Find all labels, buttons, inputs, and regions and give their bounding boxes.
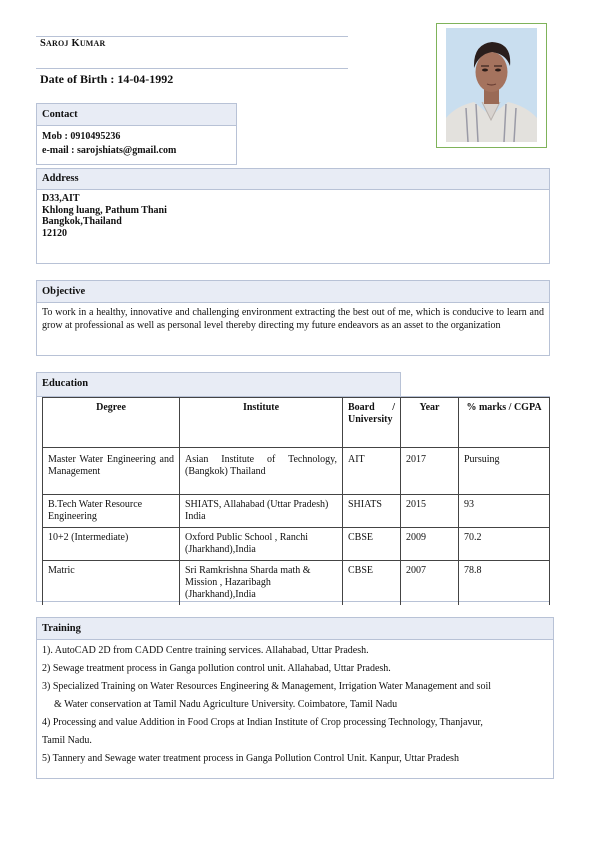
year-cell: 2007 bbox=[401, 561, 459, 606]
candidate-name: SAROJ KUMAR bbox=[40, 38, 106, 49]
degree-cell: Master Water Engineering and Management bbox=[43, 448, 180, 495]
name-rest: AROJ bbox=[46, 39, 69, 48]
degree-cell: 10+2 (Intermediate) bbox=[43, 528, 180, 561]
marks-cell: 78.8 bbox=[459, 561, 550, 606]
surname-initial: K bbox=[71, 38, 79, 49]
board-cell: CBSE bbox=[343, 561, 401, 606]
training-item-continuation: Tamil Nadu. bbox=[42, 732, 548, 750]
address-line: Bangkok,Thailand bbox=[42, 216, 544, 228]
year-cell: 2009 bbox=[401, 528, 459, 561]
training-item-continuation: & Water conservation at Tamil Nadu Agric… bbox=[42, 696, 548, 714]
training-list: 1). AutoCAD 2D from CADD Centre training… bbox=[37, 640, 553, 770]
address-heading: Address bbox=[37, 169, 549, 190]
table-row: 10+2 (Intermediate) Oxford Public School… bbox=[43, 528, 550, 561]
column-header-year: Year bbox=[401, 398, 459, 448]
institute-cell: Asian Institute of Technology, (Bangkok)… bbox=[180, 448, 343, 495]
contact-section: Contact Mob : 0910495236 e-mail : sarojs… bbox=[36, 103, 237, 165]
institute-cell: SHIATS, Allahabad (Uttar Pradesh) India bbox=[180, 495, 343, 528]
year-cell: 2017 bbox=[401, 448, 459, 495]
address-section: Address D33,AIT Khlong luang, Pathum Tha… bbox=[36, 168, 550, 264]
objective-text: To work in a healthy, innovative and cha… bbox=[37, 303, 549, 335]
objective-section: Objective To work in a healthy, innovati… bbox=[36, 280, 550, 356]
column-header-degree: Degree bbox=[43, 398, 180, 448]
objective-heading: Objective bbox=[37, 281, 549, 303]
column-header-marks: % marks / CGPA bbox=[459, 398, 550, 448]
training-item: 2) Sewage treatment process in Ganga pol… bbox=[42, 660, 548, 678]
marks-cell: 70.2 bbox=[459, 528, 550, 561]
header-rule-top bbox=[36, 36, 348, 37]
board-cell: AIT bbox=[343, 448, 401, 495]
training-section: Training 1). AutoCAD 2D from CADD Centre… bbox=[36, 617, 554, 779]
year-cell: 2015 bbox=[401, 495, 459, 528]
header-rule-mid bbox=[36, 68, 348, 69]
marks-cell: Pursuing bbox=[459, 448, 550, 495]
degree-cell: Matric bbox=[43, 561, 180, 606]
board-cell: SHIATS bbox=[343, 495, 401, 528]
address-line: 12120 bbox=[42, 228, 544, 240]
table-row: B.Tech Water Resource Engineering SHIATS… bbox=[43, 495, 550, 528]
address-line: Khlong luang, Pathum Thani bbox=[42, 205, 544, 217]
marks-cell: 93 bbox=[459, 495, 550, 528]
address-body: D33,AIT Khlong luang, Pathum Thani Bangk… bbox=[37, 190, 549, 242]
training-item: 3) Specialized Training on Water Resourc… bbox=[42, 678, 548, 696]
table-header-row: Degree Institute Board / University Year… bbox=[43, 398, 550, 448]
training-heading: Training bbox=[37, 618, 553, 640]
training-item: 4) Processing and value Addition in Food… bbox=[42, 714, 548, 732]
institute-cell: Oxford Public School , Ranchi (Jharkhand… bbox=[180, 528, 343, 561]
board-cell: CBSE bbox=[343, 528, 401, 561]
contact-body: Mob : 0910495236 e-mail : sarojshiats@gm… bbox=[37, 126, 236, 161]
institute-cell: Sri Ramkrishna Sharda math & Mission , H… bbox=[180, 561, 343, 606]
degree-cell: B.Tech Water Resource Engineering bbox=[43, 495, 180, 528]
table-row: Matric Sri Ramkrishna Sharda math & Miss… bbox=[43, 561, 550, 606]
education-table: Degree Institute Board / University Year… bbox=[42, 397, 550, 605]
contact-heading: Contact bbox=[37, 104, 236, 126]
address-line: D33,AIT bbox=[42, 193, 544, 205]
email-address[interactable]: e-mail : sarojshiats@gmail.com bbox=[42, 144, 231, 158]
training-item: 1). AutoCAD 2D from CADD Centre training… bbox=[42, 642, 548, 660]
education-heading: Education bbox=[36, 372, 401, 396]
mobile-number: Mob : 0910495236 bbox=[42, 130, 231, 144]
training-item: 5) Tannery and Sewage water treatment pr… bbox=[42, 750, 548, 768]
table-row: Master Water Engineering and Management … bbox=[43, 448, 550, 495]
date-of-birth: Date of Birth : 14-04-1992 bbox=[40, 72, 173, 87]
person-photo-icon bbox=[446, 28, 537, 142]
surname-rest: UMAR bbox=[80, 39, 106, 48]
column-header-board: Board / University bbox=[343, 398, 401, 448]
column-header-institute: Institute bbox=[180, 398, 343, 448]
profile-photo bbox=[446, 28, 537, 142]
